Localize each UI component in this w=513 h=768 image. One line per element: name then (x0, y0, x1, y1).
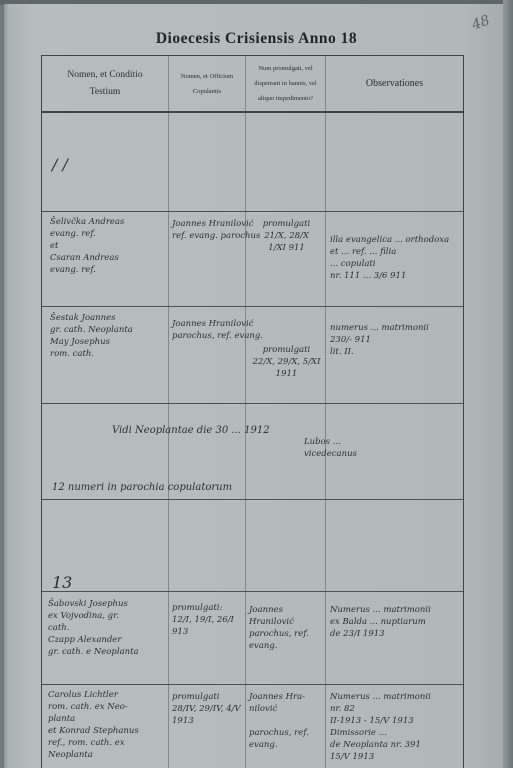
visitation-signature: Lubos ... vicedecanus (304, 436, 357, 460)
entry-witnesses: Šabovski Josephus ex Vojvodina, gr. cath… (48, 598, 139, 658)
row-rule (42, 306, 463, 307)
scan-right-edge (503, 0, 513, 768)
entry-witnesses: Carolus Lichtler rom. cath. ex Neo- plan… (48, 689, 139, 761)
header-observations: Observationes (326, 56, 463, 111)
header-rule (42, 111, 463, 113)
header-banns: Num promulgati, vel dispensati in bannis… (246, 56, 325, 111)
entry-observations: Numerus ... matrimonii nr. 82 II-1913 - … (330, 691, 460, 763)
row-rule (42, 403, 463, 404)
header-witnesses: Nomen, et Conditio Testium (42, 56, 168, 111)
row-rule (42, 499, 463, 500)
row-rule (42, 211, 463, 212)
entry-observations: Numerus ... matrimonii ex Balda ... nupt… (330, 604, 460, 640)
entry-observations: illa evangelica ... orthodoxa et ... ref… (330, 234, 460, 282)
entry-banns: promulgati 28/IV, 29/IV, 4/V 1913 (172, 691, 247, 727)
row-rule (42, 591, 463, 592)
row-rule (42, 684, 463, 685)
entry-banns: promulgati 22/X, 29/X, 5/XI 1911 (249, 344, 324, 380)
column-divider (325, 56, 326, 768)
column-divider (245, 56, 246, 768)
entry-number: 13 (52, 574, 72, 592)
page-title: Dioecesis Crisiensis Anno 18 (0, 30, 513, 48)
entry-witnesses: Šestak Joannes gr. cath. Neoplanta May J… (50, 312, 133, 360)
header-officiant: Nomen, et Officium Copulantis (169, 56, 245, 111)
summary-note: 12 numeri in parochia copulatorum (52, 481, 232, 494)
entry-officiant: Joannes Hranilović parochus, ref. evang. (172, 318, 282, 342)
entry-mark: / / (52, 156, 68, 174)
entry-banns: promulgati: 12/I, 19/I, 26/I 913 (172, 602, 247, 638)
entry-banns: promulgati 21/X, 28/X 1/XI 911 (249, 218, 324, 254)
visitation-note: Vidi Neoplantae die 30 ... 1912 (112, 424, 270, 437)
register-table: Nomen, et Conditio Testium Nomen, et Off… (41, 55, 464, 768)
entry-observations: numerus ... matrimonii 230/- 911 lit. II… (330, 322, 460, 358)
column-divider (168, 56, 169, 768)
entry-officiant: Joannes Hra- nilović parochus, ref. evan… (249, 691, 324, 751)
entry-witnesses: Šelivčka Andreas evang. ref. et Csaran A… (50, 216, 124, 276)
binding-edge (4, 4, 8, 768)
entry-officiant: Joannes Hranilović parochus, ref. evang. (249, 604, 324, 652)
